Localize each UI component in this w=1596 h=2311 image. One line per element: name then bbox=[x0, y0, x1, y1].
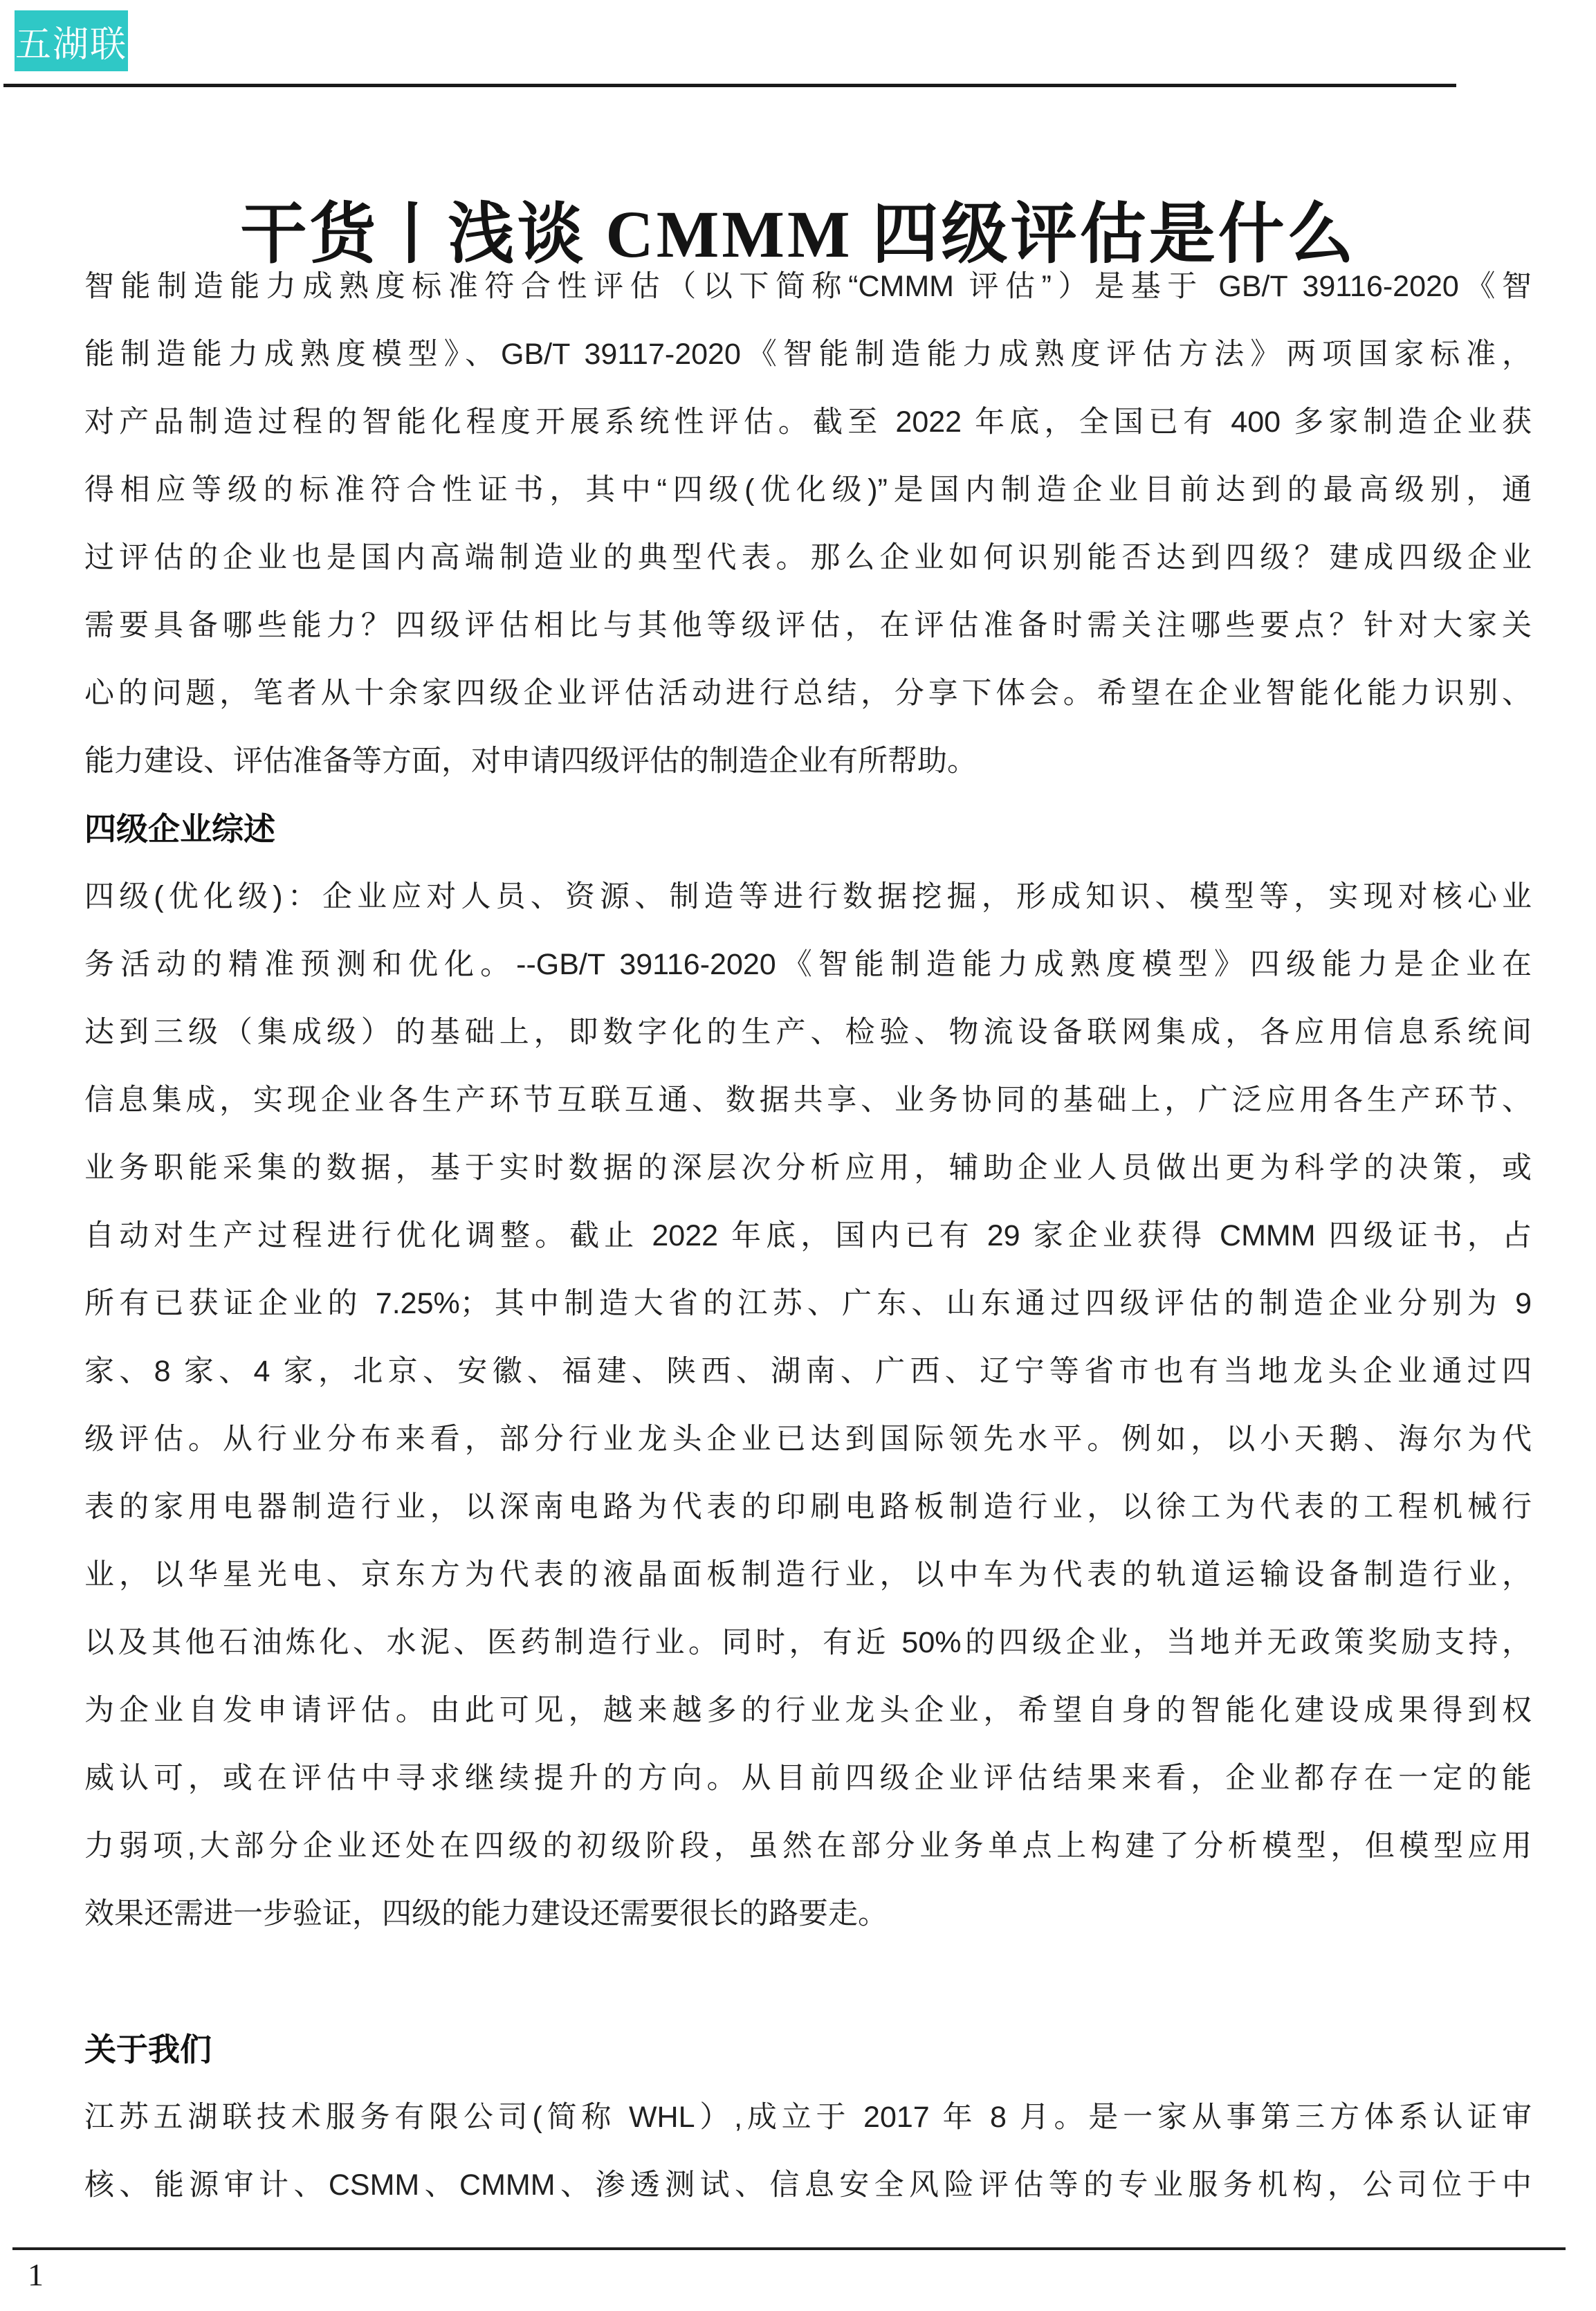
text-line: 务活动的精准预测和优化。--GB/T 39116-2020《智能制造能力成熟度模… bbox=[84, 931, 1532, 998]
document-page: 五湖联 干货丨浅谈 CMMM 四级评估是什么 智能制造能力成熟度标准符合性评估（… bbox=[0, 0, 1596, 2311]
text-line: 所有已获证企业的 7.25%；其中制造大省的江苏、广东、山东通过四级评估的制造企… bbox=[84, 1270, 1532, 1337]
section-about-us-paragraph: 江苏五湖联技术服务有限公司(简称 WHL）,成立于 2017 年 8 月。是一家… bbox=[84, 2083, 1532, 2219]
text-line: 威认可，或在评估中寻求继续提升的方向。从目前四级企业评估结果来看，企业都存在一定… bbox=[84, 1744, 1532, 1812]
text-line: 江苏五湖联技术服务有限公司(简称 WHL）,成立于 2017 年 8 月。是一家… bbox=[84, 2083, 1532, 2151]
text-line: 心的问题，笔者从十余家四级企业评估活动进行总结，分享下体会。希望在企业智能化能力… bbox=[84, 659, 1532, 727]
text-line: 业务职能采集的数据，基于实时数据的深层次分析应用，辅助企业人员做出更为科学的决策… bbox=[84, 1134, 1532, 1202]
text-line: 以及其他石油炼化、水泥、医药制造行业。同时，有近 50%的四级企业，当地并无政策… bbox=[84, 1609, 1532, 1677]
brand-logo: 五湖联 bbox=[15, 10, 128, 71]
text-line: 需要具备哪些能力？四级评估相比与其他等级评估，在评估准备时需关注哪些要点？针对大… bbox=[84, 592, 1532, 659]
text-line: 核、能源审计、CSMM、CMMM、渗透测试、信息安全风险评估等的专业服务机构，公… bbox=[84, 2151, 1532, 2219]
text-line: 四级(优化级)：企业应对人员、资源、制造等进行数据挖掘，形成知识、模型等，实现对… bbox=[84, 863, 1532, 931]
text-line: 为企业自发申请评估。由此可见，越来越多的行业龙头企业，希望自身的智能化建设成果得… bbox=[84, 1677, 1532, 1744]
section-level4-overview-paragraph: 四级(优化级)：企业应对人员、资源、制造等进行数据挖掘，形成知识、模型等，实现对… bbox=[84, 863, 1532, 1948]
text-line: 能力建设、评估准备等方面，对申请四级评估的制造企业有所帮助。 bbox=[84, 727, 1532, 795]
text-line: 过评估的企业也是国内高端制造业的典型代表。那么企业如何识别能否达到四级？建成四级… bbox=[84, 524, 1532, 592]
text-line: 智能制造能力成熟度标准符合性评估（以下简称“CMMM 评估”）是基于 GB/T … bbox=[84, 253, 1532, 320]
text-line: 表的家用电器制造行业，以深南电路为代表的印刷电路板制造行业，以徐工为代表的工程机… bbox=[84, 1473, 1532, 1541]
text-line: 家、8 家、4 家，北京、安徽、福建、陕西、湖南、广西、辽宁等省市也有当地龙头企… bbox=[84, 1337, 1532, 1405]
text-line: 级评估。从行业分布来看，部分行业龙头企业已达到国际领先水平。例如，以小天鹅、海尔… bbox=[84, 1405, 1532, 1473]
article-body: 智能制造能力成熟度标准符合性评估（以下简称“CMMM 评估”）是基于 GB/T … bbox=[84, 253, 1532, 2219]
text-line: 达到三级（集成级）的基础上，即数字化的生产、检验、物流设备联网集成，各应用信息系… bbox=[84, 998, 1532, 1066]
text-line: 业，以华星光电、京东方为代表的液晶面板制造行业，以中车为代表的轨道运输设备制造行… bbox=[84, 1541, 1532, 1609]
page-number: 1 bbox=[28, 2254, 44, 2296]
text-line: 得相应等级的标准符合性证书，其中“四级(优化级)”是国内制造企业目前达到的最高级… bbox=[84, 456, 1532, 524]
text-line: 力弱项,大部分企业还处在四级的初级阶段，虽然在部分业务单点上构建了分析模型，但模… bbox=[84, 1812, 1532, 1880]
text-line: 信息集成，实现企业各生产环节互联互通、数据共享、业务协同的基础上，广泛应用各生产… bbox=[84, 1066, 1532, 1134]
text-line: 对产品制造过程的智能化程度开展系统性评估。截至 2022 年底，全国已有 400… bbox=[84, 388, 1532, 456]
footer-divider bbox=[12, 2247, 1566, 2250]
header-divider bbox=[3, 84, 1456, 87]
section-spacer bbox=[84, 1948, 1532, 2016]
text-line: 能制造能力成熟度模型》、GB/T 39117-2020《智能制造能力成熟度评估方… bbox=[84, 320, 1532, 388]
section-heading-level4-overview: 四级企业综述 bbox=[84, 795, 1532, 863]
section-heading-about-us: 关于我们 bbox=[84, 2016, 1532, 2083]
text-line: 自动对生产过程进行优化调整。截止 2022 年底，国内已有 29 家企业获得 C… bbox=[84, 1202, 1532, 1270]
text-line: 效果还需进一步验证，四级的能力建设还需要很长的路要走。 bbox=[84, 1880, 1532, 1948]
intro-paragraph: 智能制造能力成熟度标准符合性评估（以下简称“CMMM 评估”）是基于 GB/T … bbox=[84, 253, 1532, 795]
